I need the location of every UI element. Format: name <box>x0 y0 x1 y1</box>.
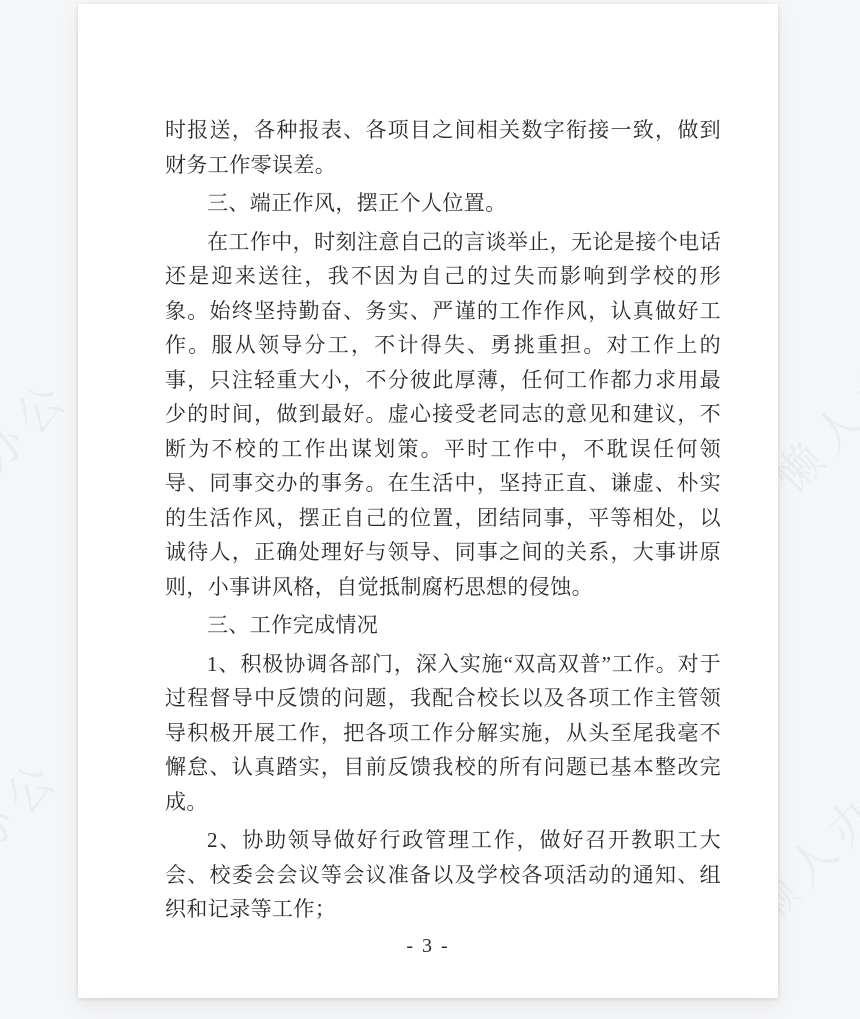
paragraph-completion-item-1: 1、积极协调各部门，深入实施“双高双普”工作。对于过程督导中反馈的问题，我配合校… <box>165 647 721 820</box>
paragraph-continuation: 时报送，各种报表、各项目之间相关数字衔接一致，做到财务工作零误差。 <box>165 113 721 182</box>
screenshot-canvas: 懒人办公 懒人办公 懒人办公 懒人办公 懒人办公 懒人办公 时报送，各种报表、各… <box>0 0 860 1019</box>
document-page: 时报送，各种报表、各项目之间相关数字衔接一致，做到财务工作零误差。 三、端正作风… <box>78 4 778 998</box>
section-heading-completion: 三、工作完成情况 <box>165 608 721 643</box>
paragraph-completion-item-2: 2、协助领导做好行政管理工作，做好召开教职工大会、校委会会议等会议准备以及学校各… <box>165 823 721 927</box>
watermark-text: 懒人办公 <box>0 360 85 565</box>
page-number: - 3 - <box>78 935 778 958</box>
section-heading-work-style: 三、端正作风，摆正个人位置。 <box>165 186 721 221</box>
paragraph-work-style-body: 在工作中，时刻注意自己的言谈举止，无论是接个电话还是迎来送往，我不因为自己的过失… <box>165 225 721 605</box>
document-body: 时报送，各种报表、各项目之间相关数字衔接一致，做到财务工作零误差。 三、端正作风… <box>78 4 778 931</box>
watermark-text: 懒人办公 <box>0 740 75 945</box>
page-background: { "theme": { "background_color": "#f5f6f… <box>0 0 860 1019</box>
